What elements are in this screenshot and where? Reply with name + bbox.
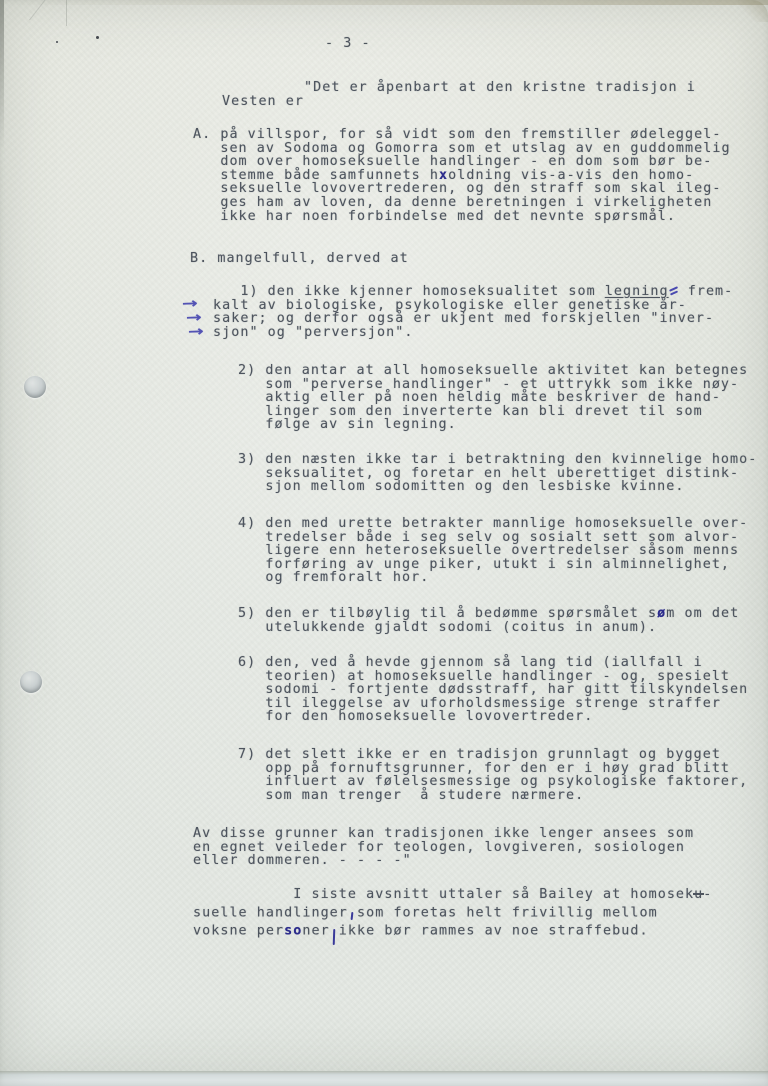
struck-letter: u bbox=[694, 887, 703, 902]
pen-insertion-mark bbox=[669, 285, 679, 296]
page-number-text: - 3 - bbox=[325, 36, 371, 51]
paper-left-edge-shadow bbox=[0, 0, 4, 150]
list-item-1: 1) den ikke kjenner homoseksualitet som … bbox=[213, 285, 733, 339]
punch-hole-top bbox=[24, 376, 46, 398]
paper-speck bbox=[56, 41, 58, 43]
closing-paragraph: Av disse grunner kan tradisjonen ikke le… bbox=[193, 827, 694, 868]
pen-so-correction: so bbox=[284, 923, 302, 938]
item-6-text: 6) den, ved å hevde gjennom så lang tid … bbox=[238, 655, 748, 724]
final-paragraph: I siste avsnitt uttaler så Bailey at hom… bbox=[193, 888, 712, 939]
section-b-text: B. mangelfull, derved at bbox=[190, 251, 409, 266]
list-item-6: 6) den, ved å hevde gjennom så lang tid … bbox=[238, 656, 748, 724]
closing-paragraph-text: Av disse grunner kan tradisjonen ikke le… bbox=[193, 826, 694, 868]
list-item-3: 3) den næsten ikke tar i betraktning den… bbox=[238, 453, 757, 494]
final-paragraph-text: ner bbox=[302, 923, 329, 938]
list-item-5: 5) den er tilbøylig til å bedømme spørsm… bbox=[238, 607, 739, 634]
section-b: B. mangelfull, derved at bbox=[190, 252, 409, 266]
section-a: A. på villspor, for så vidt som den frem… bbox=[193, 128, 731, 223]
pen-o-correction: ø bbox=[657, 606, 666, 621]
paper-crease-line bbox=[66, 0, 67, 26]
list-item-2: 2) den antar at all homoseksuelle aktivi… bbox=[238, 364, 748, 432]
list-item-7: 7) det slett ikke er en tradisjon grunnl… bbox=[238, 748, 748, 802]
paper-top-edge-shadow bbox=[0, 0, 768, 5]
paper-crease bbox=[29, 0, 122, 63]
item-3-text: 3) den næsten ikke tar i betraktning den… bbox=[238, 452, 757, 494]
final-paragraph-text: ikke bør rammes av noe straffebud. bbox=[339, 923, 649, 938]
scanner-background-strip bbox=[0, 1071, 768, 1086]
paper-speck bbox=[96, 36, 99, 39]
list-item-4: 4) den med urette betrakter mannlige hom… bbox=[238, 517, 748, 585]
intro-quote-text: "Det er åpenbart at den kristne tradisjo… bbox=[222, 80, 696, 109]
item-7-text: 7) det slett ikke er en tradisjon grunnl… bbox=[238, 747, 748, 803]
pen-insertion-bar bbox=[330, 921, 339, 934]
item-4-text: 4) den med urette betrakter mannlige hom… bbox=[238, 516, 748, 585]
page-number: - 3 - bbox=[325, 37, 371, 51]
final-paragraph-text: I siste avsnitt uttaler så Bailey at hom… bbox=[193, 887, 694, 902]
punch-hole-bottom bbox=[20, 671, 42, 693]
item-2-text: 2) den antar at all homoseksuelle aktivi… bbox=[238, 363, 748, 432]
intro-quote: "Det er åpenbart at den kristne tradisjo… bbox=[222, 81, 696, 108]
pen-comma-mark bbox=[348, 903, 357, 916]
scanned-typewritten-page: - 3 - "Det er åpenbart at den kristne tr… bbox=[0, 0, 768, 1086]
margin-arrow-icon: → bbox=[187, 324, 204, 341]
